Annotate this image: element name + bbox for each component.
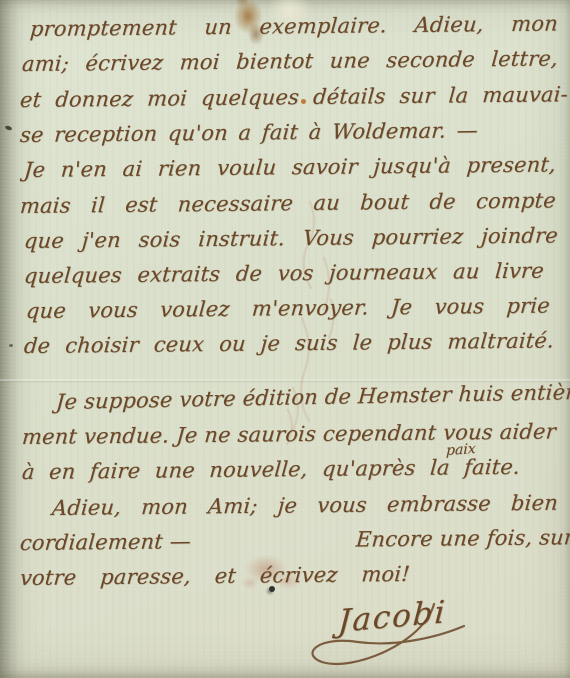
letter-line-4: se reception qu'on a fait à Woldemar. —: [19, 117, 479, 148]
letter-line-16: votre paresse, et écrivez moi!: [19, 561, 411, 591]
letter-line-9: que vous voulez m'envoyer. Je vous prie: [25, 293, 551, 325]
letter-line-5: Je n'en ai rien voulu savoir jusqu'à pre…: [23, 151, 557, 183]
letter-line-7: que j'en sois instruit. Vous pourriez jo…: [23, 222, 559, 254]
letter-line-12: ment vendue. Je ne saurois cependant vou…: [21, 418, 557, 450]
letter-line-2: ami; écrivez moi bientot une seconde let…: [21, 45, 559, 77]
letter-line-6: mais il est necessaire au bout de compte: [19, 187, 557, 219]
letter-page: promptement un exemplaire. Adieu, mon am…: [0, 0, 570, 678]
paper-speck: [9, 344, 13, 347]
letter-line-14: Adieu, mon Ami; je vous embrasse bien: [51, 490, 559, 522]
letter-line-1: promptement un exemplaire. Adieu, mon: [29, 10, 559, 42]
letter-line-11: Je suppose votre édition de Hemster huis…: [55, 379, 563, 415]
letter-line-10: de choisir ceux ou je suis le plus maltr…: [23, 327, 555, 359]
signature: Jacobi: [337, 594, 448, 640]
interlinear-insertion: paix: [446, 441, 476, 459]
letter-line-3: et donnez moi quelques détails sur la ma…: [19, 81, 569, 113]
letter-line-15: cordialement — Encore une fois, surmonte…: [19, 524, 570, 556]
paper-speck: [5, 125, 13, 131]
letter-line-8: quelques extraits de vos journeaux au li…: [23, 258, 545, 290]
